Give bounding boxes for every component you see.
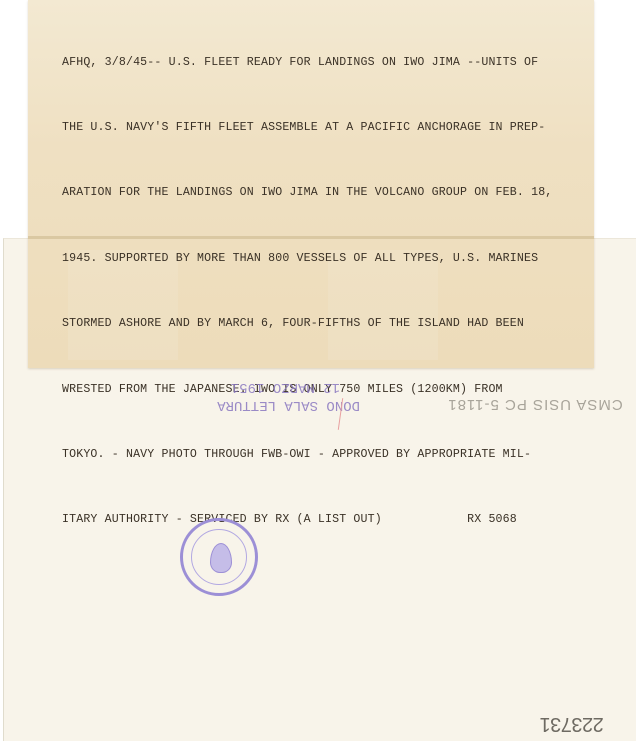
caption-line: STORMED ASHORE AND BY MARCH 6, FOUR-FIFT… [62, 313, 582, 335]
caption-text: AFHQ, 3/8/45-- U.S. FLEET READY FOR LAND… [62, 8, 582, 553]
caption-line: TOKYO. - NAVY PHOTO THROUGH FWB-OWI - AP… [62, 444, 582, 466]
caption-line: AFHQ, 3/8/45-- U.S. FLEET READY FOR LAND… [62, 52, 582, 74]
stamp-line-date: 12 MARZO 1951 [140, 378, 360, 396]
stamp-line-donor: DONO SALA LETTURA [140, 396, 360, 414]
round-seal-stamp [180, 518, 258, 596]
caption-line: 1945. SUPPORTED BY MORE THAN 800 VESSELS… [62, 248, 582, 270]
pencil-reference: CMSA USIS PC 5-1181 [440, 396, 630, 413]
donation-stamp: DONO SALA LETTURA 12 MARZO 1951 [140, 378, 360, 414]
caption-line: ARATION FOR THE LANDINGS ON IWO JIMA IN … [62, 182, 582, 204]
archive-number: 223731 [540, 712, 604, 735]
caption-line: ITARY AUTHORITY - SERVICED BY RX (A LIST… [62, 509, 582, 531]
caption-line: THE U.S. NAVY'S FIFTH FLEET ASSEMBLE AT … [62, 117, 582, 139]
